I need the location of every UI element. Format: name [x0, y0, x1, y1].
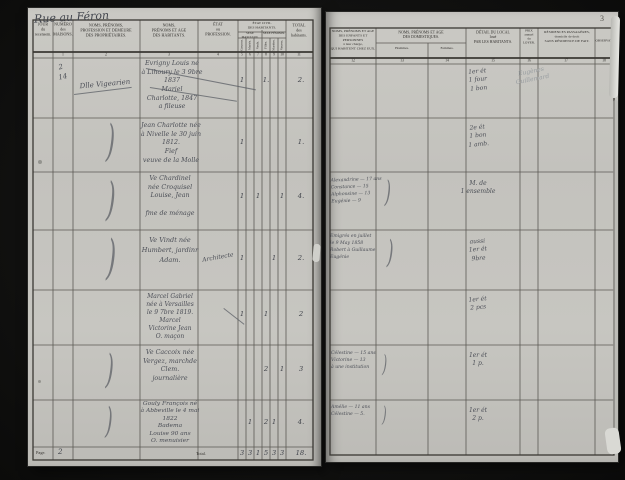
register-left-page: Rue au Féron JOUR du recensem. NUMÉRO de…: [28, 8, 321, 466]
tape-artifact: [312, 244, 320, 262]
col-number: 15: [488, 58, 499, 62]
col-number: 2: [101, 52, 112, 56]
habitants-entry: Gouly François né à Abbeville le 4 mai 1…: [122, 401, 218, 445]
column-total: 3: [277, 449, 287, 457]
subcol-veuves: Veuves.: [280, 38, 283, 51]
col-header-femmes: Femmes.: [428, 46, 466, 50]
page-edge-highlight: [609, 16, 620, 98]
col-header-habitants: NOMS, PRÉNOMS ET AGE DES HABITANTS.: [140, 23, 198, 38]
page-footer-value: 2: [58, 448, 62, 456]
col-header-residences: RÉSIDENCES PASSAGÈRES, domicile de droit…: [539, 30, 596, 43]
row-total: 2: [290, 310, 312, 318]
subcol-mariees: Mariées.: [272, 38, 275, 51]
tally-mark: 1: [237, 76, 247, 84]
page-edge-highlight: [613, 100, 618, 430]
col-number: 14: [442, 58, 453, 62]
tally-mark: 1: [277, 192, 287, 200]
col-header-sexe-feminin: SEXE FÉMININ.: [262, 32, 286, 36]
row-total: 4.: [290, 418, 312, 426]
subcol-garcons: Garçons.: [240, 38, 243, 51]
col-header-jour: JOUR du recensem.: [33, 22, 53, 37]
tally-mark: 1: [269, 254, 279, 262]
tally-mark: 2: [261, 365, 271, 373]
subcol-veufs: Veufs.: [256, 38, 259, 51]
children-entry: Emigrés en juillet le 9 May 1858 Robert …: [330, 234, 422, 262]
col-header-etat-profession: ÉTAT ou PROFESSION.: [198, 22, 238, 37]
brace-mark: ): [105, 404, 113, 441]
tally-mark: 1: [237, 310, 247, 318]
col-number: 16: [524, 58, 535, 62]
tally-mark: 1: [277, 365, 287, 373]
col-header-numero: NUMÉRO des MAISONS.: [53, 22, 73, 37]
tally-mark: 1: [245, 418, 255, 426]
brace-mark: ): [106, 175, 117, 222]
tally-mark: 1: [269, 418, 279, 426]
scan-speck: [38, 160, 42, 164]
col-number: 4: [213, 52, 224, 56]
col-header-domestiques: NOMS, PRÉNOMS ET AGE DES DOMESTIQUES.: [376, 30, 466, 39]
row-total: 2.: [290, 76, 312, 84]
tally-mark: 1: [261, 310, 271, 318]
col-number: 1: [58, 52, 69, 56]
brace-mark: ): [382, 405, 387, 428]
page-edge-highlight: [604, 427, 621, 455]
col-header-prix-loyer: PRIX annuel du LOYER.: [520, 29, 538, 45]
row-total: 2.: [290, 254, 312, 262]
brace-mark: ): [382, 352, 388, 377]
tally-mark: 1: [237, 254, 247, 262]
subcol-maries: Mariés.: [248, 38, 251, 51]
col-header-proprietaires: NOMS, PRÉNOMS, PROFESSION ET DEMEURE DES…: [73, 23, 140, 38]
house-number-entry: 2 14: [50, 61, 74, 84]
col-header-detail-local: DÉTAIL DU LOCAL loué PAR LES HABITANTS.: [466, 30, 520, 44]
page-footer-label: Page.: [36, 451, 46, 456]
local-detail-entry: 2e ét 1 bon 1 amb.: [449, 122, 507, 152]
col-number: 10: [277, 52, 288, 56]
col-header-hommes: Hommes.: [376, 46, 428, 50]
local-detail-entry: M. de 1 ensemble: [450, 180, 506, 197]
col-number: 17: [561, 58, 572, 62]
children-entry: Célestine — 15 ans Victorine — 13 à une …: [331, 351, 419, 372]
local-detail-entry: aussi 1er ét 9bre: [451, 236, 505, 264]
scanned-census-register-spread: Rue au Féron JOUR du recensem. NUMÉRO de…: [0, 0, 625, 480]
local-detail-entry: 1er ét 1 p.: [450, 352, 506, 369]
row-total: 4.: [290, 192, 312, 200]
row-total: 1.: [290, 138, 312, 146]
scan-speck: [38, 380, 41, 383]
brace-mark: ): [384, 178, 391, 209]
habitants-entry: Ve Caccoix née Vergez, marchde Clem. jou…: [122, 349, 218, 384]
brace-mark: ): [106, 233, 117, 282]
brace-mark: ): [106, 119, 116, 164]
tally-mark: 1: [237, 192, 247, 200]
subcol-filles: Filles.: [264, 38, 267, 51]
habitants-entry: Jean Charlotte née à Nivelle le 30 juin …: [124, 122, 218, 165]
habitants-entry: Marcel Gabriel née à Versailles le 9 7br…: [122, 293, 218, 342]
total-row-label: Total.: [196, 452, 206, 457]
brace-mark: ): [387, 236, 394, 269]
local-detail-entry: 1er ét 1 four 1 bon: [449, 66, 507, 96]
col-number: 12: [348, 58, 359, 62]
children-entry: Alexandrine — 17 ans Constance — 15 Alph…: [331, 175, 420, 206]
local-detail-entry: 1er ét 2 p.: [450, 407, 506, 424]
col-number: 11: [294, 52, 305, 56]
children-entry: Amélie — 11 ans Célestine — 5.: [331, 405, 419, 419]
tally-mark: 1: [237, 138, 247, 146]
col-header-enfants: NOMS, PRÉNOMS ET AGE DES ENFANTS ET PERS…: [330, 29, 376, 51]
tally-mark: 1: [253, 192, 263, 200]
col-number: 18: [599, 58, 610, 62]
tally-mark: 1.: [261, 76, 271, 84]
col-number: 3: [164, 52, 175, 56]
row-total: 3: [290, 365, 312, 373]
habitants-entry: Evrigny Louis né à Lihoury le 3 9bre 183…: [126, 60, 218, 112]
grand-total: 18.: [290, 449, 312, 457]
brace-mark: ): [105, 350, 114, 391]
page-number: 3: [600, 14, 604, 23]
register-right-page: 3 NOMS, PRÉNOMS ET AGE DES ENFANTS ET PE…: [326, 12, 618, 462]
col-header-total: TOTAL des habitants.: [286, 23, 313, 38]
col-header-etat-civil: ÉTAT CIVIL DES HABITANTS.: [238, 21, 286, 30]
habitants-entry: Ve Chardinel née Croquisel Louise, Jean …: [122, 175, 218, 218]
col-number: 13: [397, 58, 408, 62]
